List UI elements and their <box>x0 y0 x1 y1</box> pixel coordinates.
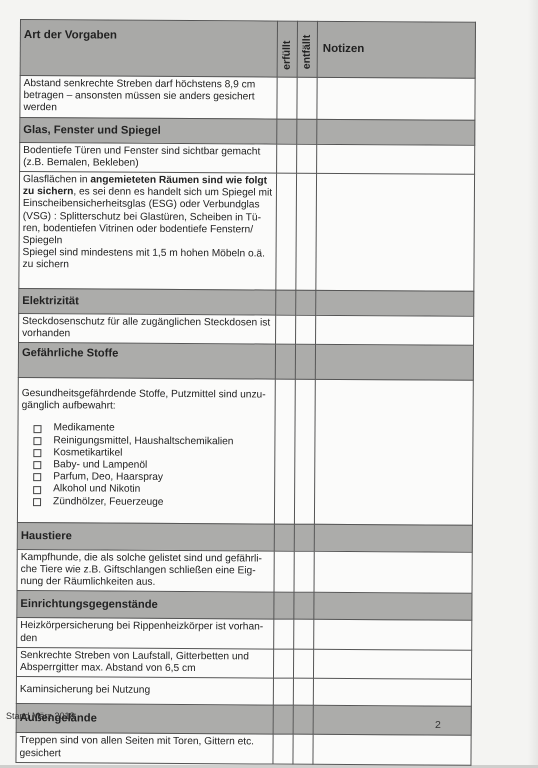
fulfilled-cell[interactable] <box>276 315 296 345</box>
notes-cell[interactable] <box>317 144 475 174</box>
fulfilled-cell[interactable] <box>273 649 293 679</box>
section-title: Einrichtungsgegenstände <box>17 591 274 620</box>
notes-cell[interactable] <box>314 620 472 650</box>
requirement-text: Treppen sind von allen Seiten mit Toren,… <box>16 733 273 764</box>
requirement-text: Senkrechte Streben von Laufstall, Gitter… <box>16 647 273 678</box>
not-applicable-cell[interactable] <box>297 77 317 119</box>
fulfilled-cell[interactable] <box>273 678 293 705</box>
page-edge <box>528 0 538 768</box>
page-number: 2 <box>435 719 441 731</box>
table-row: Steckdosenschutz für alle zugänglichen S… <box>19 313 474 345</box>
notes-cell[interactable] <box>314 551 472 594</box>
table-row: Abstand senkrechte Streben darf höchsten… <box>20 76 475 120</box>
section-header: Gefährliche Stoffe <box>18 343 473 381</box>
requirement-text: Gesundheitsgefährdende Stoffe, Putzmitte… <box>17 378 275 524</box>
requirement-text: Heizkörpersicherung bei Rippenheizkörper… <box>17 618 274 649</box>
table-header: Art der Vorgaben erfüllt entfällt Notize… <box>20 20 475 79</box>
not-applicable-cell[interactable] <box>296 315 316 345</box>
section-header: Glas, Fenster und Spiegel <box>20 117 475 145</box>
fulfilled-cell[interactable] <box>274 551 294 593</box>
checkbox-icon[interactable] <box>33 449 41 457</box>
header-not-applicable: entfällt <box>297 21 317 77</box>
requirement-text: Bodentiefe Türen und Fenster sind sichtb… <box>20 142 277 173</box>
header-notes: Notizen <box>317 21 475 78</box>
notes-cell[interactable] <box>313 679 471 707</box>
table-row: Glasflächen in angemieteten Räumen sind … <box>19 172 475 291</box>
fulfilled-cell[interactable] <box>276 173 297 290</box>
table-row: Gesundheitsgefährdende Stoffe, Putzmitte… <box>17 378 473 526</box>
not-applicable-cell[interactable] <box>296 173 317 290</box>
checkbox-icon[interactable] <box>33 437 41 445</box>
section-header: Haustiere <box>17 522 472 552</box>
table-row: Heizkörpersicherung bei Rippenheizkörper… <box>17 618 472 650</box>
notes-cell[interactable] <box>314 379 473 525</box>
notes-cell[interactable] <box>313 735 471 765</box>
header-fulfilled: erfüllt <box>277 21 297 77</box>
not-applicable-cell[interactable] <box>294 620 314 650</box>
table-row: Kampfhunde, die als solche gelistet sind… <box>17 549 472 593</box>
footer-date: Stand März 2018 <box>6 711 75 721</box>
requirement-text: Kampfhunde, die als solche gelistet sind… <box>17 549 274 592</box>
checkbox-icon[interactable] <box>33 425 41 433</box>
table-row: Kaminsicherung bei Nutzung <box>16 677 471 707</box>
table-row: Treppen sind von allen Seiten mit Toren,… <box>16 733 471 765</box>
substance-checklist: Medikamente Reinigungsmittel, Haushaltsc… <box>21 422 272 509</box>
notes-cell[interactable] <box>313 649 471 679</box>
section-header: Einrichtungsgegenstände <box>17 591 472 621</box>
header-requirements: Art der Vorgaben <box>20 20 277 78</box>
not-applicable-cell[interactable] <box>293 649 313 679</box>
table-row: Bodentiefe Türen und Fenster sind sichtb… <box>20 142 475 174</box>
fulfilled-cell[interactable] <box>274 620 294 650</box>
checkbox-icon[interactable] <box>33 498 41 506</box>
requirement-text: Kaminsicherung bei Nutzung <box>16 677 273 706</box>
requirement-text: Glasflächen in angemieteten Räumen sind … <box>19 172 277 290</box>
not-applicable-cell[interactable] <box>293 678 313 705</box>
checklist-item[interactable]: Zündhölzer, Feuerzeuge <box>33 496 271 510</box>
checkbox-icon[interactable] <box>33 473 41 481</box>
not-applicable-cell[interactable] <box>297 144 317 174</box>
table-row: Senkrechte Streben von Laufstall, Gitter… <box>16 647 471 679</box>
section-title: Glas, Fenster und Spiegel <box>20 117 277 144</box>
notes-cell[interactable] <box>316 173 475 291</box>
not-applicable-cell[interactable] <box>294 551 314 593</box>
section-title: Elektrizität <box>19 288 276 315</box>
requirement-text: Steckdosenschutz für alle zugänglichen S… <box>19 313 276 344</box>
section-header: Elektrizität <box>19 288 474 316</box>
section-header: Außengelände <box>16 704 471 736</box>
fulfilled-cell[interactable] <box>273 734 293 764</box>
section-title: Gefährliche Stoffe <box>18 343 275 380</box>
not-applicable-cell[interactable] <box>293 734 313 764</box>
fulfilled-cell[interactable] <box>277 77 297 119</box>
section-title: Haustiere <box>17 522 274 551</box>
fulfilled-cell[interactable] <box>274 379 295 524</box>
not-applicable-cell[interactable] <box>294 379 315 524</box>
checkbox-icon[interactable] <box>33 461 41 469</box>
notes-cell[interactable] <box>316 315 474 345</box>
notes-cell[interactable] <box>317 77 475 120</box>
checklist-table: Art der Vorgaben erfüllt entfällt Notize… <box>15 19 476 765</box>
fulfilled-cell[interactable] <box>277 144 297 174</box>
checkbox-icon[interactable] <box>33 486 41 494</box>
requirement-text: Abstand senkrechte Streben darf höchsten… <box>20 76 277 119</box>
